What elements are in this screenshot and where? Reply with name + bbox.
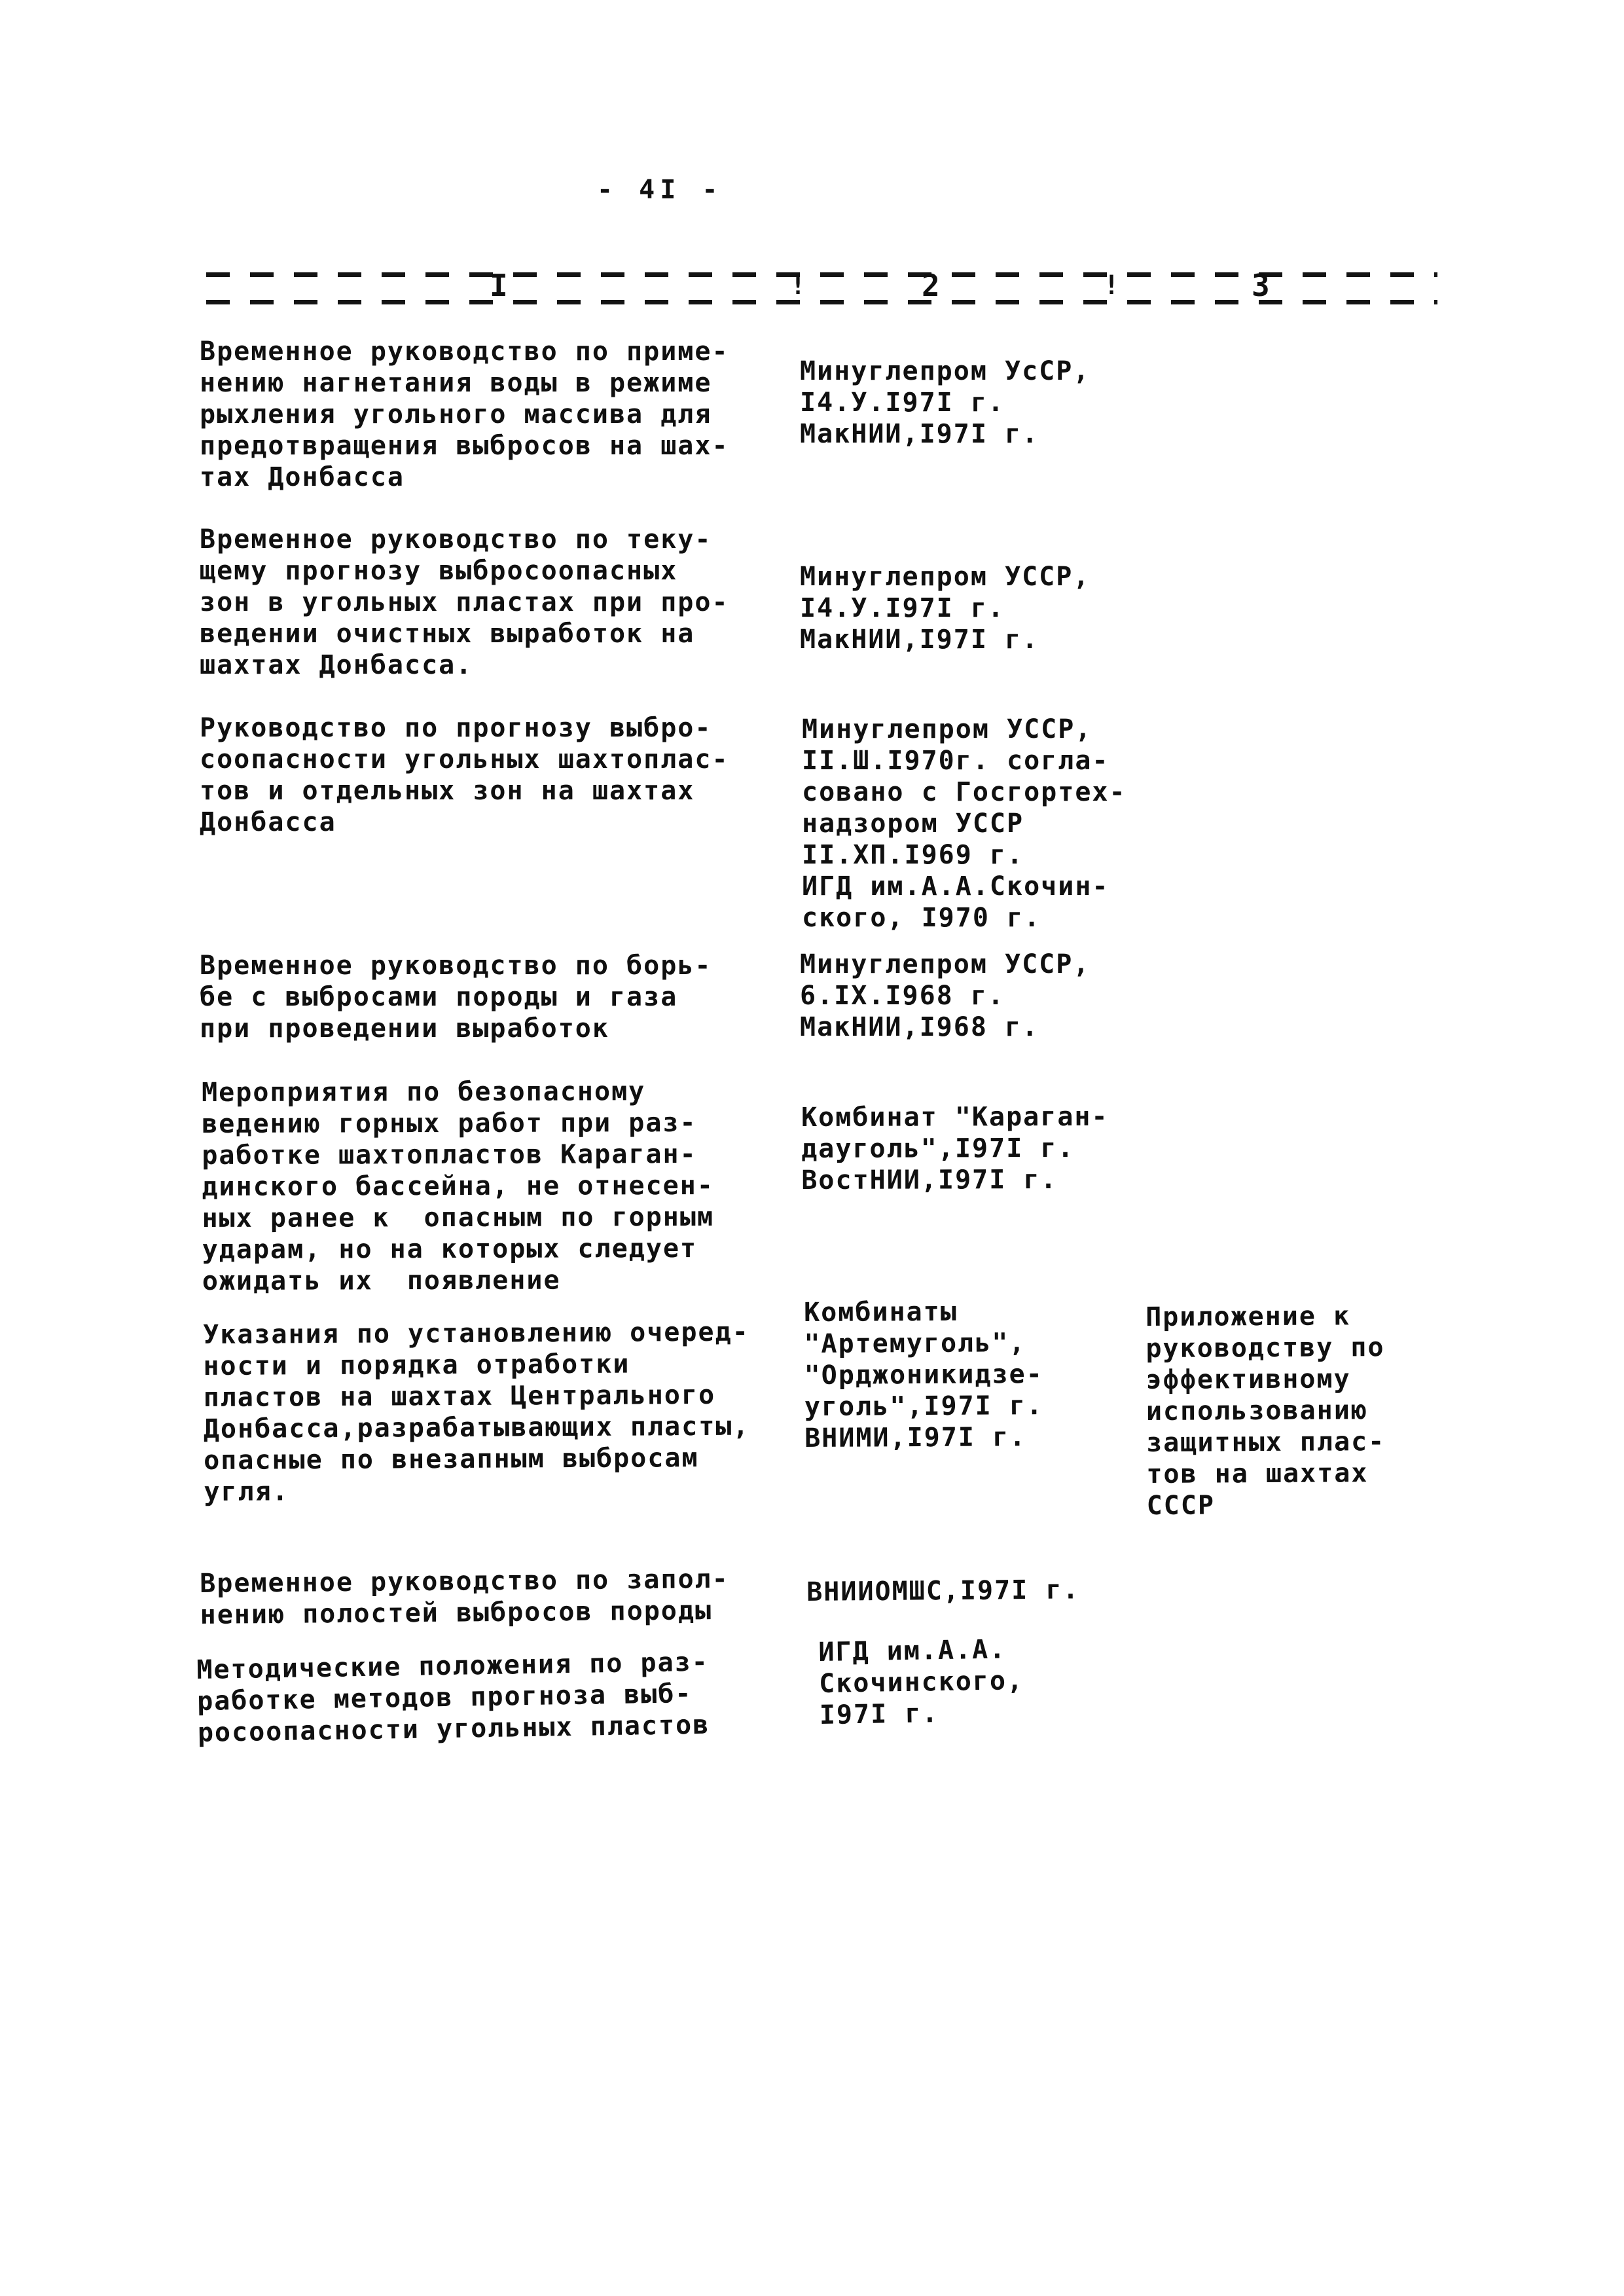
column-separator-2: ! xyxy=(1104,270,1121,301)
entry-approval: Минуглепром УССР, I4.У.I97I г. МакНИИ,I9… xyxy=(800,561,1090,655)
entry-approval: Комбинаты "Артемуголь", "Орджоникидзе- у… xyxy=(804,1296,1043,1454)
entry-title: Временное руководство по борь- бе с выбр… xyxy=(200,950,712,1044)
entry-title: Временное руководство по приме- нению на… xyxy=(200,336,729,493)
entry-approval: Минуглепром УсСР, I4.У.I97I г. МакНИИ,I9… xyxy=(800,355,1090,450)
document-page: - 4I - I ! 2 ! 3 Временное руководство п… xyxy=(0,0,1624,2296)
entry-approval: Комбинат "Караган- дауголь",I97I г. Вост… xyxy=(801,1101,1109,1196)
page-number: - 4I - xyxy=(597,174,723,206)
column-header-3: 3 xyxy=(1252,266,1271,305)
entry-title: Указания по установлению очеред- ности и… xyxy=(203,1317,750,1508)
entry-approval: Минуглепром УССР, 6.IХ.I968 г. МакНИИ,I9… xyxy=(800,949,1090,1043)
column-header-2: 2 xyxy=(922,266,941,305)
entry-title: Мероприятия по безопасному ведению горны… xyxy=(202,1076,714,1297)
entry-title: Методические положения по раз- работке м… xyxy=(196,1647,710,1749)
column-separator-1: ! xyxy=(790,270,807,301)
column-header-1: I xyxy=(490,266,509,305)
entry-title: Руководство по прогнозу выбро- соопаснос… xyxy=(200,712,729,838)
entry-approval: Минуглепром УССР, II.Ш.I970г. согла- сов… xyxy=(802,714,1127,934)
entry-approval: ВНИИОМШС,I97I г. xyxy=(806,1574,1080,1608)
entry-note: Приложение к руководству по эффективному… xyxy=(1146,1300,1386,1522)
entry-title: Временное руководство по теку- щему прог… xyxy=(200,524,729,681)
entry-approval: ИГД им.А.А. Скочинского, I97I г. xyxy=(818,1633,1024,1731)
entry-title: Временное руководство по запол- нению по… xyxy=(200,1563,729,1631)
